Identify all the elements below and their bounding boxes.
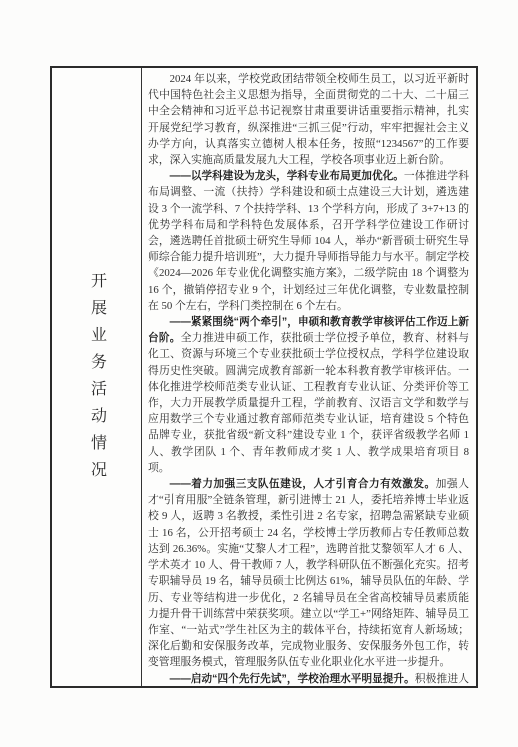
paragraph-discipline-building-body: 一体推进学科布局调整、一流（扶持）学科建设和硕士点建设三大计划，遴选建设 3 个… bbox=[148, 170, 469, 312]
paragraph-discipline-building-lead: ——以学科建设为龙头，学科专业布局更加优化。 bbox=[170, 170, 404, 182]
row-header-cell: 开展业务活动情况 bbox=[52, 68, 142, 686]
paragraph-governance: ——启动“四个先行先试”，学校治理水平明显提升。积极推进人才培养模式改革先行先试… bbox=[148, 671, 469, 686]
paragraph-discipline-building: ——以学科建设为龙头，学科专业布局更加优化。一体推进学科布局调整、一流（扶持）学… bbox=[148, 168, 469, 314]
row-header-label: 开展业务活动情况 bbox=[89, 266, 105, 488]
paragraph-talent-teams-lead: ——着力加强三支队伍建设，人才引育合力有效激发。 bbox=[170, 478, 436, 490]
paragraph-governance-lead: ——启动“四个先行先试”，学校治理水平明显提升。 bbox=[170, 673, 415, 685]
paragraph-evaluation-body: 全力推进申硕工作，获批硕士学位授予单位，教育、材料与化工、资源与环境三个专业获批… bbox=[148, 332, 469, 474]
activities-content-cell: 2024 年以来，学校党政团结带领全校师生员工，以习近平新时代中国特色社会主义思… bbox=[142, 68, 476, 686]
document-page: 开展业务活动情况 2024 年以来，学校党政团结带领全校师生员工，以习近平新时代… bbox=[0, 0, 518, 747]
paragraph-overview-body: 2024 年以来，学校党政团结带领全校师生员工，以习近平新时代中国特色社会主义思… bbox=[148, 73, 469, 166]
paragraph-talent-teams-body: 加强人才“引育用服”全链条管理，新引进博士 21 人，委托培养博士毕业返校 9 … bbox=[148, 478, 469, 668]
business-activities-table: 开展业务活动情况 2024 年以来，学校党政团结带领全校师生员工，以习近平新时代… bbox=[50, 66, 478, 688]
paragraph-evaluation: ——紧紧围绕“两个牵引”，申硕和教育教学审核评估工作迈上新台阶。全力推进申硕工作… bbox=[148, 314, 469, 476]
paragraph-overview: 2024 年以来，学校党政团结带领全校师生员工，以习近平新时代中国特色社会主义思… bbox=[148, 71, 469, 168]
paragraph-talent-teams: ——着力加强三支队伍建设，人才引育合力有效激发。加强人才“引育用服”全链条管理，… bbox=[148, 476, 469, 670]
